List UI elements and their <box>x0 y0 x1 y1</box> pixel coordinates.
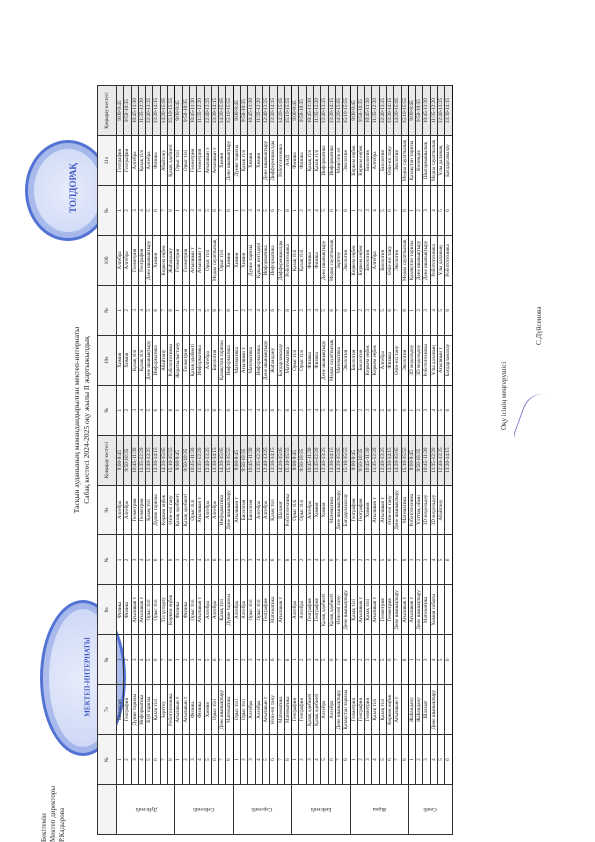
subject-cell: Алгебра <box>204 585 211 635</box>
subject-cell: Информатика <box>138 685 145 735</box>
lesson-number: 4 <box>138 535 145 585</box>
lesson-number: 7 <box>160 285 167 335</box>
lesson-number: 8 <box>226 735 233 785</box>
subject-cell: Химия <box>321 485 328 535</box>
table-row: 4Қазақ әдебиеті4География4Химия11:35-12:… <box>314 86 321 835</box>
lesson-number: 4 <box>372 385 379 435</box>
lesson-number: 4 <box>138 285 145 335</box>
subject-cell: Қазақ әдебиеті <box>306 685 313 735</box>
table-row: 2География2Алгебра2Орыс тілі9:50-10:352О… <box>299 86 306 835</box>
subject-cell: Дене шынықтыру <box>416 585 423 635</box>
lesson-number: 7 <box>219 385 226 435</box>
subject-cell: Қазақ әдебиеті <box>321 585 328 635</box>
lesson-number: 3 <box>365 635 372 685</box>
lesson-number: 2 <box>124 735 131 785</box>
bell-time: 9:50-10:35 <box>416 435 423 485</box>
bell-time: 9:50-10:35 <box>124 86 131 136</box>
lesson-number: 7 <box>394 635 401 685</box>
subject-cell: Алгебра <box>117 485 124 535</box>
subject-cell: Информатика <box>197 335 204 385</box>
lesson-number: 6 <box>328 385 335 435</box>
subject-cell: Робототехника <box>423 335 430 385</box>
lesson-number: 1 <box>117 385 124 435</box>
table-row: 8Математика8Дүние тарихы8Дене шынықтыру1… <box>226 86 233 835</box>
lesson-number: 3 <box>189 635 196 685</box>
lesson-number: 1 <box>117 285 124 335</box>
bell-time: 15:10-15:55 <box>284 86 291 136</box>
lesson-number: 6 <box>386 535 393 585</box>
lesson-number: 3 <box>248 186 255 236</box>
subject-cell: Алгебра <box>292 585 299 635</box>
subject-cell: Көркем еңбек <box>386 685 393 735</box>
bell-time: 14:20-15:05 <box>219 86 226 136</box>
lesson-number: 3 <box>189 186 196 236</box>
bell-time: 9:00-9:45 <box>350 86 357 136</box>
bell-time: 9:00-9:45 <box>292 435 299 485</box>
lesson-number: 6 <box>386 635 393 685</box>
column-header: 7ә <box>98 685 117 735</box>
lesson-number: 2 <box>182 186 189 236</box>
lesson-number: 3 <box>306 285 313 335</box>
subject-cell: Медиа сауаттылық <box>328 335 335 385</box>
lesson-number: 6 <box>270 535 277 585</box>
lesson-number: 2 <box>299 635 306 685</box>
bell-time: 15:10-15:55 <box>401 435 408 485</box>
footer-name: С.Дүйсенова <box>535 307 543 345</box>
lesson-number: 5 <box>438 285 445 335</box>
subject-cell: Дифференциалды <box>277 235 284 285</box>
subject-cell: Геометрия <box>131 485 138 535</box>
table-row: 88Ағылшын т8Математика15:10-15:558Эколог… <box>401 86 408 835</box>
bell-time: 14:20-15:05 <box>277 86 284 136</box>
bell-time: 9:50-10:35 <box>299 435 306 485</box>
lesson-number: 5 <box>438 735 445 785</box>
lesson-number: 4 <box>372 186 379 236</box>
lesson-number: 8 <box>168 535 175 585</box>
subject-cell: Өзін-өзі тану <box>386 235 393 285</box>
document-title: Тасқын ауданының мамандандырылған мектеп… <box>72 240 92 600</box>
lesson-number: 8 <box>343 735 350 785</box>
subject-cell <box>445 585 452 635</box>
subject-cell: Алгебра <box>255 685 262 735</box>
subject-cell: Математика <box>270 585 277 635</box>
column-header: № <box>98 385 117 435</box>
day-label: Жұма <box>350 785 408 835</box>
lesson-number: 5 <box>379 535 386 585</box>
lesson-number: 6 <box>445 385 452 435</box>
subject-cell: Математика <box>284 335 291 385</box>
lesson-number: 5 <box>262 635 269 685</box>
lesson-number: 4 <box>372 635 379 685</box>
subject-cell: Көркем еңбек <box>357 136 364 186</box>
subject-cell: Алгебра <box>124 485 131 535</box>
lesson-number: 2 <box>416 186 423 236</box>
bell-time: 9:50-10:35 <box>182 435 189 485</box>
table-row: 4Қазақ тілі4Ағылшын т4Ағылшын т11:35-12:… <box>372 86 379 835</box>
bell-time: 13:30-14:15 <box>386 86 393 136</box>
subject-cell: Геометрия <box>182 335 189 385</box>
column-header: 8ә <box>98 585 117 635</box>
subject-cell: Химия <box>248 136 255 186</box>
subject-cell: Өзін-өзі тану <box>270 685 277 735</box>
table-row: 7Дене шынықтыру7Өзін-өзі тану7Дене шынық… <box>335 86 342 835</box>
subject-cell <box>401 685 408 735</box>
lesson-number: 6 <box>270 186 277 236</box>
subject-cell: Қазақ тілі <box>138 136 145 186</box>
bell-time: 10:45-11:30 <box>189 435 196 485</box>
bell-time: 10:45-11:30 <box>189 86 196 136</box>
lesson-number: 2 <box>241 285 248 335</box>
lesson-number: 7 <box>394 385 401 435</box>
subject-cell: Қазақ тілі <box>146 485 153 535</box>
lesson-number: 2 <box>299 535 306 585</box>
subject-cell: Геометрия <box>131 235 138 285</box>
subject-cell: Көркем еңбек <box>160 485 167 535</box>
lesson-number: 2 <box>416 385 423 435</box>
lesson-number: 7 <box>394 735 401 785</box>
bell-time: 13:30-14:15 <box>270 86 277 136</box>
bell-time: 9:50-10:35 <box>416 86 423 136</box>
lesson-number: 4 <box>372 535 379 585</box>
lesson-number: 1 <box>117 735 124 785</box>
lesson-number: 2 <box>299 385 306 435</box>
subject-cell: Алгебра <box>328 685 335 735</box>
subject-cell: Ағылшын т <box>197 235 204 285</box>
lesson-number: 8 <box>226 635 233 685</box>
bell-time: 13:30-14:15 <box>153 435 160 485</box>
lesson-number: 1 <box>175 385 182 435</box>
subject-cell: География <box>357 685 364 735</box>
lesson-number: 2 <box>299 285 306 335</box>
subject-cell: Геометрия <box>182 235 189 285</box>
lesson-number: 3 <box>423 385 430 435</box>
table-row: 6Қазақ тілі6Орыс тілі6Дүние тарихы13:30-… <box>153 86 160 835</box>
column-header: Қоңырау кестесі <box>98 435 117 485</box>
subject-cell: Қазақ тілі <box>365 585 372 635</box>
bell-time: 10:45-11:30 <box>423 86 430 136</box>
subject-cell: Медиа сауаттылық <box>430 136 437 186</box>
lesson-number: 8 <box>168 635 175 685</box>
subject-cell: Қазақстан тарихы <box>343 685 350 735</box>
lesson-number: 5 <box>321 735 328 785</box>
lesson-number: 7 <box>160 735 167 785</box>
lesson-number: 1 <box>408 735 415 785</box>
lesson-number: 1 <box>292 635 299 685</box>
subject-cell: Алгебра <box>211 585 218 635</box>
subject-cell: Қазақ тілі <box>372 685 379 735</box>
subject-cell: Дүние тарихы <box>131 685 138 735</box>
subject-cell: Химия <box>314 485 321 535</box>
table-row: 2Орыс тілі2Алгебра2Биология9:50-10:352Ағ… <box>241 86 248 835</box>
lesson-number: 6 <box>445 635 452 685</box>
subject-cell: География <box>292 685 299 735</box>
subject-cell: География <box>138 235 145 285</box>
subject-cell: Биология <box>248 485 255 535</box>
lesson-number: 1 <box>408 285 415 335</box>
lesson-number: 1 <box>408 635 415 685</box>
subject-cell: Ұлы даланың <box>430 335 437 385</box>
lesson-number: 5 <box>321 535 328 585</box>
lesson-number: 2 <box>124 285 131 335</box>
subject-cell: Экология <box>394 235 401 285</box>
lesson-number: 2 <box>182 385 189 435</box>
lesson-number: 8 <box>168 186 175 236</box>
stamp-top-text: ТОЛДОРАҚ <box>68 163 78 213</box>
bell-time: 12:40-13:25 <box>262 86 269 136</box>
subject-cell: Бағдарламалау <box>343 485 350 535</box>
bell-time: 15:10-15:55 <box>226 86 233 136</box>
subject-cell: Биология <box>379 235 386 285</box>
subject-cell: Алгебра <box>131 136 138 186</box>
lesson-number: 6 <box>211 186 218 236</box>
subject-cell: Қазақстан тарихы <box>408 136 415 186</box>
subject-cell: Геометрия <box>350 685 357 735</box>
subject-cell: Алгебра <box>146 136 153 186</box>
table-row: 8Робототехника8Көркем еңбек8Өзін-өзі тан… <box>168 86 175 835</box>
lesson-number: 1 <box>292 535 299 585</box>
table-row: 3Физика3Орыс тілі3Орыс тілі10:45-11:303Қ… <box>189 86 196 835</box>
lesson-number: 7 <box>394 186 401 236</box>
approval-line-1: Бекітемін <box>40 722 49 842</box>
subject-cell <box>438 585 445 635</box>
subject-cell: Абайтану <box>438 485 445 535</box>
subject-cell: Дене шынықтыру <box>335 485 342 535</box>
lesson-number: 6 <box>153 635 160 685</box>
table-row: 7Математика7Ағылшын т7Шахмат14:20-15:057… <box>277 86 284 835</box>
bell-time: 15:10-15:55 <box>226 435 233 485</box>
lesson-number: 1 <box>408 385 415 435</box>
lesson-number: 7 <box>335 285 342 335</box>
lesson-number: 6 <box>445 535 452 585</box>
table-row: 4Физика4Ағылшын т4Ағылшын т11:35-12:204И… <box>197 86 204 835</box>
lesson-number: 5 <box>321 285 328 335</box>
lesson-number: 3 <box>131 285 138 335</box>
lesson-number: 8 <box>168 385 175 435</box>
bell-time: 14:20-15:05 <box>335 435 342 485</box>
subject-cell: Геометрия <box>386 585 393 635</box>
subject-cell: Бағдарламалау <box>277 335 284 385</box>
lesson-number: 7 <box>160 385 167 435</box>
table-row: 4Алгебра4Орыс тілі4Алгебра11:35-12:204Ин… <box>255 86 262 835</box>
subject-cell: Робототехника <box>408 485 415 535</box>
footer-position: Оқу ісінің меңгерушісі <box>500 362 508 430</box>
bell-time: 14:20-15:05 <box>394 86 401 136</box>
bell-time: 9:00-9:45 <box>408 86 415 136</box>
bell-time: 11:35-12:20 <box>255 86 262 136</box>
subject-cell: Биология <box>365 235 372 285</box>
lesson-number: 6 <box>328 535 335 585</box>
subject-cell: Жаһандану <box>408 685 415 735</box>
bell-time: 9:50-10:35 <box>299 86 306 136</box>
lesson-number: 3 <box>365 285 372 335</box>
bell-time: 12:40-13:25 <box>438 435 445 485</box>
subject-cell: Ұлттық ойын <box>416 485 423 535</box>
lesson-number: 1 <box>350 186 357 236</box>
subject-cell: Дене шынықтыру <box>146 335 153 385</box>
lesson-number: 3 <box>365 535 372 585</box>
bell-time: 12:40-13:25 <box>146 86 153 136</box>
lesson-number: 5 <box>321 635 328 685</box>
lesson-number: 4 <box>314 635 321 685</box>
bell-time: 9:00-9:45 <box>350 435 357 485</box>
lesson-number: 4 <box>138 635 145 685</box>
subject-cell: Биология <box>357 335 364 385</box>
lesson-number: 2 <box>124 635 131 685</box>
subject-cell: Медиа сауаттылық <box>211 235 218 285</box>
day-label: Сенбі <box>408 785 452 835</box>
table-row: Жұма1Геометрия1Қазақ тілі1География9:00-… <box>350 86 357 835</box>
lesson-number: 5 <box>146 186 153 236</box>
lesson-number: 4 <box>197 186 204 236</box>
lesson-number: 4 <box>197 635 204 685</box>
lesson-number: 1 <box>175 535 182 585</box>
subject-cell: Физика <box>117 585 124 635</box>
lesson-number: 5 <box>379 635 386 685</box>
subject-cell: Орыс тілі <box>204 235 211 285</box>
table-row: Дүйсенбі1Биология1Физика1Алгебра9:00-9:4… <box>117 86 124 835</box>
lesson-number: 1 <box>292 735 299 785</box>
table-row: 6Көркем еңбек6Геометрия6Өзін-өзі тану13:… <box>386 86 393 835</box>
subject-cell: Математика <box>328 485 335 535</box>
lesson-number: 6 <box>328 285 335 335</box>
bell-time: 9:50-10:35 <box>124 435 131 485</box>
subject-cell: Медиа сауаттылық <box>401 235 408 285</box>
bell-time: 9:50-10:35 <box>357 435 364 485</box>
lesson-number: 3 <box>131 385 138 435</box>
lesson-number: 6 <box>211 635 218 685</box>
lesson-number: 1 <box>350 735 357 785</box>
lesson-number: 2 <box>416 285 423 335</box>
subject-cell: Физика <box>314 235 321 285</box>
subject-cell: Алгебра <box>241 585 248 635</box>
subject-cell: Жаһандану <box>416 685 423 735</box>
subject-cell: Қазақ әдебиеті <box>328 585 335 635</box>
lesson-number: 6 <box>328 735 335 785</box>
subject-cell: Қазақ тілі <box>219 585 226 635</box>
table-row: 2Жаһандану2Дене шынықтыру2Ұлттық ойын9:5… <box>416 86 423 835</box>
subject-cell: Алгебра <box>321 685 328 735</box>
subject-cell: Физика <box>189 685 196 735</box>
subject-cell: Робототехника <box>168 685 175 735</box>
subject-cell: Орыс тілі <box>153 585 160 635</box>
subject-cell: Химия <box>219 136 226 186</box>
bell-time: 13:30-14:15 <box>211 86 218 136</box>
subject-cell: Химия <box>365 485 372 535</box>
day-label: Дүйсенбі <box>117 785 175 835</box>
lesson-number: 4 <box>314 186 321 236</box>
lesson-number: 8 <box>226 535 233 585</box>
lesson-number: 8 <box>343 385 350 435</box>
subject-cell: География <box>306 585 313 635</box>
subject-cell: Ағылшын т <box>197 485 204 535</box>
lesson-number: 6 <box>386 735 393 785</box>
subject-cell: Робототехника <box>430 235 437 285</box>
subject-cell: Робототехника <box>277 136 284 186</box>
subject-cell: Абайтану <box>160 335 167 385</box>
column-header: № <box>98 285 117 335</box>
lesson-number: 5 <box>146 735 153 785</box>
lesson-number: 5 <box>146 385 153 435</box>
lesson-number: 4 <box>197 735 204 785</box>
subject-cell: Химия <box>255 136 262 186</box>
subject-cell: Дифференциалды <box>270 136 277 186</box>
bell-time: 11:35-12:20 <box>314 86 321 136</box>
title-line-1: Тасқын ауданының мамандандырылған мектеп… <box>72 240 82 600</box>
lesson-number: 5 <box>146 285 153 335</box>
lesson-number: 8 <box>226 186 233 236</box>
bell-time: 11:35-12:20 <box>197 435 204 485</box>
lesson-number: 8 <box>343 535 350 585</box>
lesson-number: 1 <box>175 285 182 335</box>
lesson-number: 3 <box>189 285 196 335</box>
lesson-number: 6 <box>270 635 277 685</box>
lesson-number: 5 <box>262 186 269 236</box>
lesson-number: 5 <box>379 285 386 335</box>
subject-cell: Орыс тілі <box>299 335 306 385</box>
lesson-number: 3 <box>248 735 255 785</box>
lesson-number: 3 <box>189 535 196 585</box>
lesson-number: 2 <box>357 285 364 335</box>
lesson-number: 4 <box>314 385 321 435</box>
lesson-number: 1 <box>350 385 357 435</box>
lesson-number: 8 <box>284 535 291 585</box>
subject-cell: Дене шынықтыру <box>321 335 328 385</box>
subject-cell: Қазақстан тарихы <box>219 335 226 385</box>
lesson-number: 1 <box>117 535 124 585</box>
subject-cell: Ағылшын т <box>211 136 218 186</box>
subject-cell: Дене шынықтыру <box>219 685 226 735</box>
subject-cell: Көлемдік <box>416 136 423 186</box>
bell-time: 11:35-12:20 <box>430 435 437 485</box>
bell-time: 13:30-14:15 <box>270 435 277 485</box>
subject-cell: 3D модельдеу <box>423 485 430 535</box>
lesson-number: 1 <box>350 635 357 685</box>
lesson-number: 1 <box>292 385 299 435</box>
lesson-number: 4 <box>138 186 145 236</box>
lesson-number: 1 <box>233 285 240 335</box>
lesson-number: 6 <box>211 285 218 335</box>
bell-time: 12:40-13:25 <box>262 435 269 485</box>
subject-cell: Математика <box>277 685 284 735</box>
lesson-number: 8 <box>401 535 408 585</box>
table-row: Бейсенбі1География1Алгебра1Орыс тілі9:00… <box>292 86 299 835</box>
subject-cell: Химия <box>117 335 124 385</box>
lesson-number: 8 <box>284 635 291 685</box>
subject-cell: Информатика <box>255 335 262 385</box>
bell-time: 9:00-9:45 <box>117 86 124 136</box>
subject-cell: Қазақ әдебиеті <box>314 685 321 735</box>
bell-time: 9:00-9:45 <box>175 86 182 136</box>
bell-time: 13:30-14:15 <box>328 86 335 136</box>
lesson-number: 7 <box>160 186 167 236</box>
subject-cell: География <box>262 585 269 635</box>
bell-time: 11:35-12:20 <box>138 86 145 136</box>
subject-cell: Зерттеу <box>160 685 167 735</box>
lesson-number: 7 <box>277 535 284 585</box>
subject-cell: Қазақ әдебиеті <box>168 136 175 186</box>
lesson-number: 7 <box>160 635 167 685</box>
subject-cell: Ағылшын т <box>233 485 240 535</box>
bell-time: 11:35-12:20 <box>314 435 321 485</box>
subject-cell: Жаратылыстану <box>175 335 182 385</box>
bell-time: 11:35-12:20 <box>197 86 204 136</box>
subject-cell: Информатика <box>270 235 277 285</box>
lesson-number: 2 <box>124 186 131 236</box>
subject-cell: Математика <box>248 335 255 385</box>
lesson-number: 3 <box>131 735 138 785</box>
lesson-number: 6 <box>445 735 452 785</box>
subject-cell: Қазақ тілі <box>379 685 386 735</box>
